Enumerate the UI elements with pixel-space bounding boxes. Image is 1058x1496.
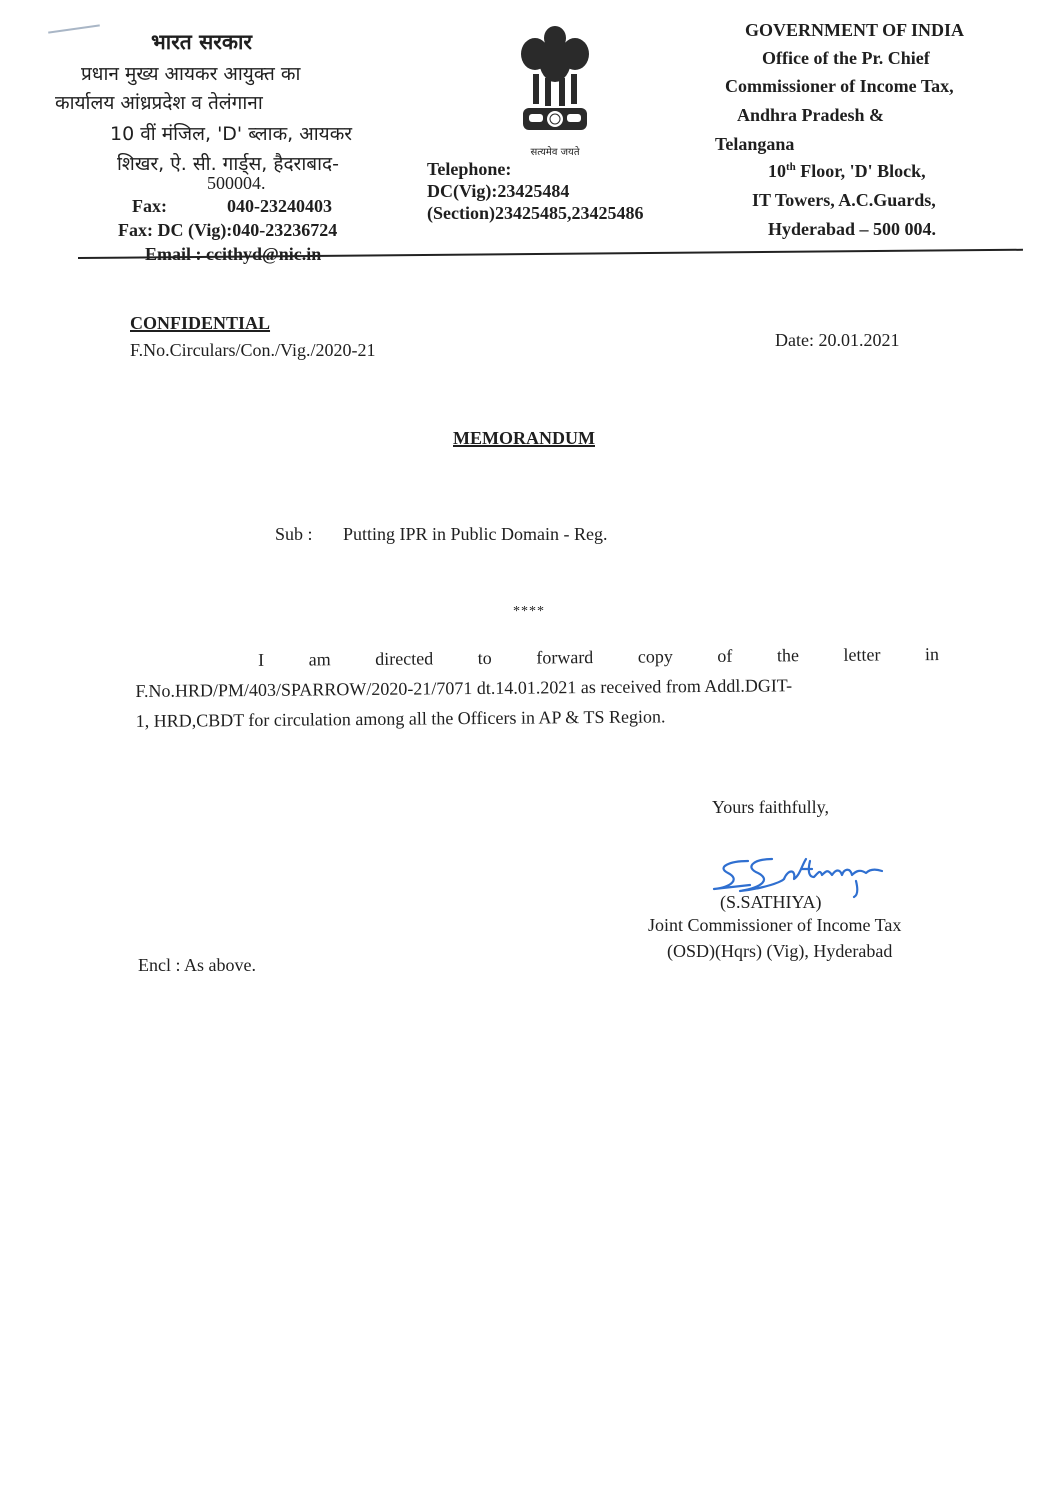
hindi-address-line-1: 10 वीं मंजिल, 'D' ब्लाक, आयकर	[110, 120, 352, 146]
enclosure-note: Encl : As above.	[138, 955, 256, 976]
memo-date: Date: 20.01.2021	[775, 330, 899, 351]
office-line-1: Office of the Pr. Chief	[762, 48, 930, 69]
signer-office: (OSD)(Hqrs) (Vig), Hyderabad	[667, 941, 892, 962]
word: letter	[843, 639, 880, 669]
fax-number: 040-23240403	[227, 196, 332, 216]
hindi-office-line-1: प्रधान मुख्य आयकर आयुक्त का	[81, 60, 300, 86]
telephone-dc-vig: DC(Vig):23425484	[427, 180, 643, 202]
hindi-office-line-2: कार्यालय आंध्रप्रदेश व तेलंगाना	[55, 89, 263, 115]
hindi-title: भारत सरकार	[151, 28, 252, 56]
address-floor: 10th Floor, 'D' Block,	[768, 161, 926, 182]
signer-designation: Joint Commissioner of Income Tax	[648, 915, 901, 936]
hindi-pincode: 500004.	[207, 173, 266, 194]
word: forward	[536, 642, 593, 672]
emblem-motto: सत्यमेव जयते	[513, 144, 597, 158]
telephone-block: Telephone: DC(Vig):23425484 (Section)234…	[427, 158, 643, 224]
government-of-india: GOVERNMENT OF INDIA	[745, 20, 964, 41]
memo-title: MEMORANDUM	[453, 428, 595, 449]
subject-label: Sub :	[275, 524, 343, 545]
telephone-section: (Section)23425485,23425486	[427, 202, 643, 224]
floor-rest: Floor, 'D' Block,	[796, 161, 926, 181]
separator: ****	[513, 604, 545, 620]
subject-line: Sub :Putting IPR in Public Domain - Reg.	[275, 524, 608, 545]
fax-line: Fax:040-23240403	[132, 196, 332, 217]
closing: Yours faithfully,	[712, 797, 829, 818]
body-paragraph: I am directed to forward copy of the let…	[135, 639, 940, 736]
telephone-label: Telephone:	[427, 158, 643, 180]
fax-label: Fax:	[132, 196, 167, 216]
file-number: F.No.Circulars/Con./Vig./2020-21	[130, 340, 375, 361]
floor-number: 10	[768, 161, 786, 181]
address-building: IT Towers, A.C.Guards,	[752, 190, 936, 211]
national-emblem-icon	[515, 24, 595, 142]
fax-dc-vig: Fax: DC (Vig):040-23236724	[118, 220, 337, 241]
floor-suffix: th	[786, 161, 796, 173]
word: directed	[375, 643, 433, 674]
word: in	[925, 639, 939, 669]
word: I	[258, 645, 264, 675]
word: the	[777, 640, 799, 670]
word: of	[717, 641, 732, 671]
address-city: Hyderabad – 500 004.	[768, 219, 936, 240]
classification-label: CONFIDENTIAL	[130, 313, 270, 334]
word: copy	[638, 641, 673, 671]
signer-name: (S.SATHIYA)	[720, 892, 822, 913]
office-line-4: Telangana	[715, 134, 794, 155]
subject-text: Putting IPR in Public Domain - Reg.	[343, 524, 608, 544]
body-line-3: 1, HRD,CBDT for circulation among all th…	[136, 699, 940, 736]
word: am	[309, 644, 331, 674]
pencil-mark	[48, 24, 100, 33]
office-line-2: Commissioner of Income Tax,	[725, 76, 954, 97]
word: to	[478, 643, 492, 673]
office-line-3: Andhra Pradesh &	[737, 105, 884, 126]
